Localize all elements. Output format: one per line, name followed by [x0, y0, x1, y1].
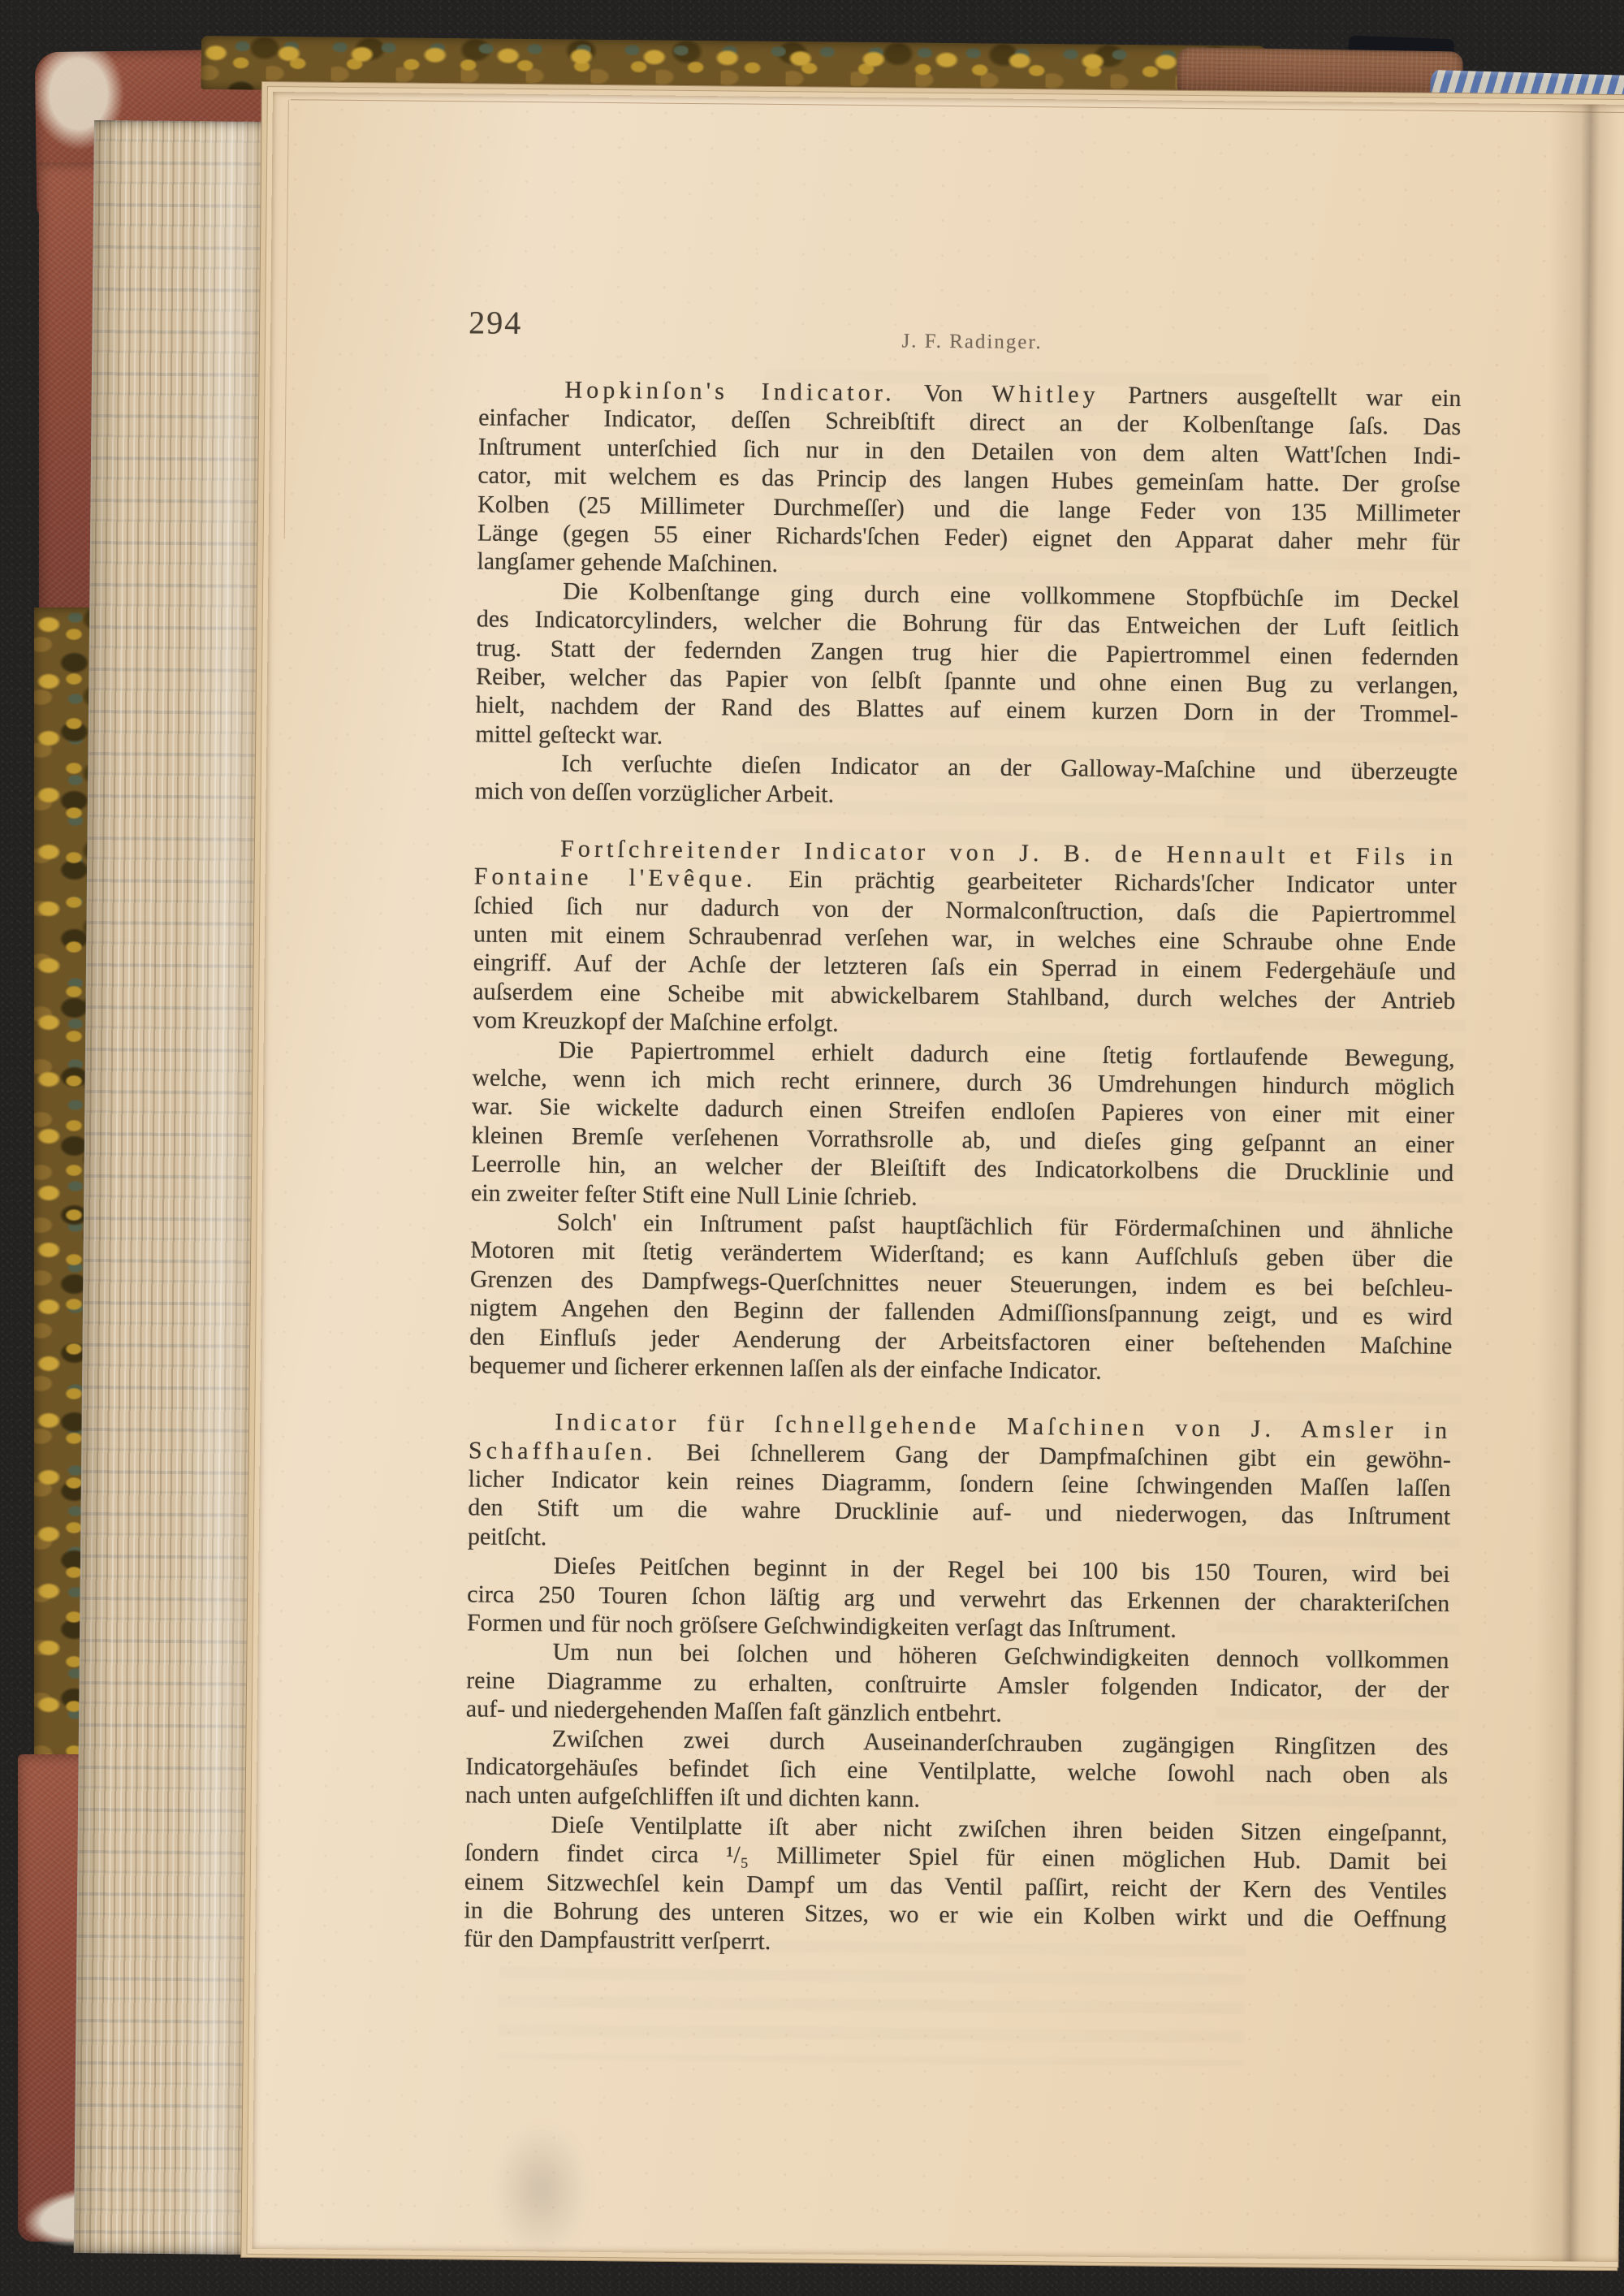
body-text: Partners ausgeſtellt war ein — [1099, 382, 1462, 412]
body-text: nach unten aufgeſchliffen iſt und dichte… — [465, 1782, 920, 1813]
letterspaced-text: Schaffhauſen. — [469, 1437, 657, 1465]
body-text: Von — [896, 379, 992, 407]
body-text: mittel geſteckt war. — [475, 720, 663, 749]
body-text: peitſcht. — [468, 1523, 547, 1550]
letterspaced-text: Whitley — [991, 381, 1099, 409]
body-text: auf- und niedergehenden Maſſen faſt gänz… — [466, 1696, 1002, 1727]
body-text: bequemer und ſicherer erkennen laſſen al… — [469, 1351, 1102, 1384]
page-crease-line-left — [284, 100, 289, 538]
book-page: 294 J. F. Radinger. Hopkinſon's Indicato… — [253, 92, 1624, 2262]
paper-smudge — [475, 2100, 607, 2281]
body-text: vom Kreuzkopf der Maſchine erfolgt. — [473, 1007, 839, 1037]
scanner-background: 294 J. F. Radinger. Hopkinſon's Indicato… — [0, 0, 1624, 2296]
body-text: langſamer gehende Maſchinen. — [477, 548, 778, 578]
text-block: Hopkinſon's Indicator. Von Whitley Partn… — [464, 374, 1462, 1962]
body-text: ein zweiter feſter Stift eine Null Linie… — [471, 1179, 918, 1210]
letterspaced-text: Fontaine l'Evêque. — [474, 863, 757, 893]
body-text: für den Dampfaustritt verſperrt. — [464, 1926, 771, 1956]
running-head: J. F. Radinger. — [682, 328, 1262, 357]
page-number: 294 — [469, 303, 522, 342]
page-block-fore-edge — [74, 120, 271, 2255]
letterspaced-text: Hopkinſon's Indicator. — [564, 376, 896, 406]
body-text: mich von deſſen vorzüglicher Arbeit. — [475, 778, 835, 808]
